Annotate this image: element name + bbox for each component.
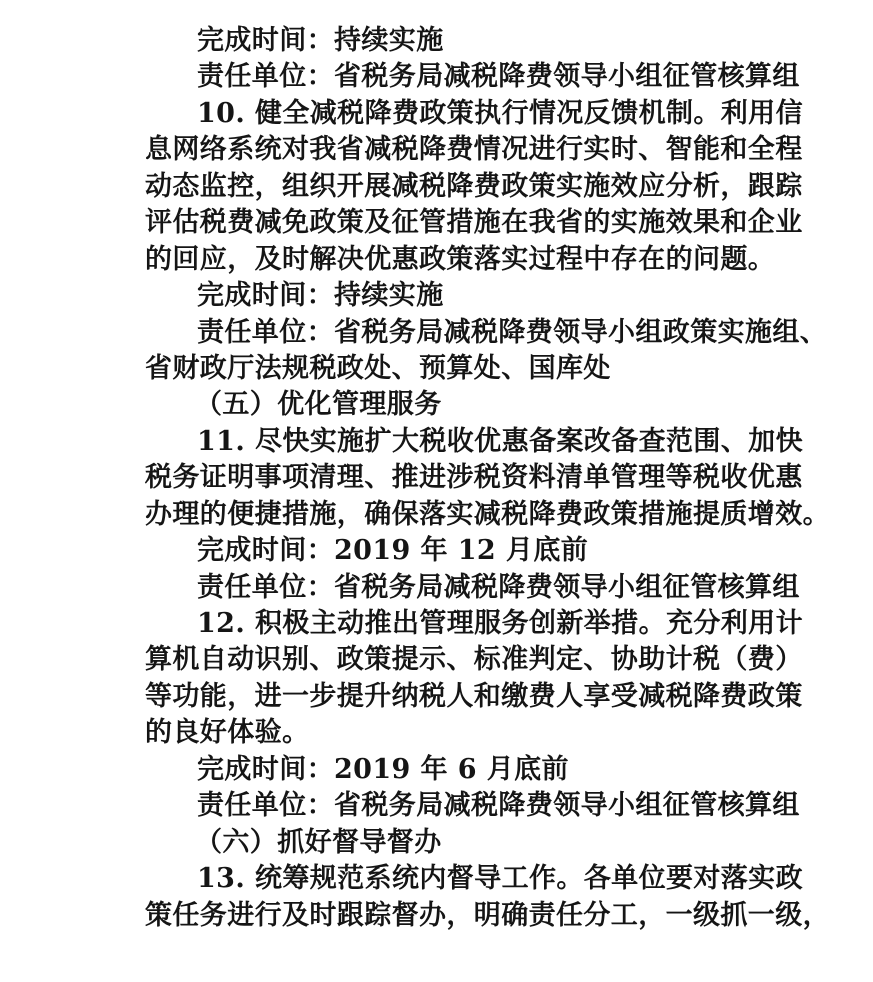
paragraph-item-10: 10. 健全减税降费政策执行情况反馈机制。利用信 息网络系统对我省减税降费情况进… (145, 96, 735, 278)
text-line: 完成时间：持续实施 (145, 278, 735, 314)
text-line: 责任单位：省税务局减税降费领导小组政策实施组、 (145, 315, 735, 351)
paragraph-item-13: 13. 统筹规范系统内督导工作。各单位要对落实政 策任务进行及时跟踪督办，明确责… (145, 861, 735, 934)
text-line: 责任单位：省税务局减税降费领导小组征管核算组 (145, 570, 735, 606)
text-line: 责任单位：省税务局减税降费领导小组征管核算组 (145, 788, 735, 824)
text-line: 等功能，进一步提升纳税人和缴费人享受减税降费政策 (145, 679, 735, 715)
text-line: 10. 健全减税降费政策执行情况反馈机制。利用信 (145, 96, 735, 132)
text-line: 算机自动识别、政策提示、标准判定、协助计税（费） (145, 642, 735, 678)
text-line: 13. 统筹规范系统内督导工作。各单位要对落实政 (145, 861, 735, 897)
text-line: 省财政厅法规税政处、预算处、国库处 (145, 351, 735, 387)
completion-time: 完成时间：2019 年 6 月底前 (145, 752, 735, 788)
heading-line: （六）抓好督导督办 (145, 825, 735, 861)
text-line: 策任务进行及时跟踪督办，明确责任分工，一级抓一级， (145, 898, 735, 934)
text-line: 完成时间：持续实施 (145, 23, 735, 59)
completion-time: 完成时间：持续实施 (145, 23, 735, 59)
text-line: 办理的便捷措施，确保落实减税降费政策措施提质增效。 (145, 497, 735, 533)
responsible-unit: 责任单位：省税务局减税降费领导小组政策实施组、 省财政厅法规税政处、预算处、国库… (145, 315, 735, 388)
completion-time: 完成时间：持续实施 (145, 278, 735, 314)
text-line: 完成时间：2019 年 12 月底前 (145, 533, 735, 569)
text-line: 税务证明事项清理、推进涉税资料清单管理等税收优惠 (145, 460, 735, 496)
heading-line: （五）优化管理服务 (145, 387, 735, 423)
paragraph-item-11: 11. 尽快实施扩大税收优惠备案改备查范围、加快 税务证明事项清理、推进涉税资料… (145, 424, 735, 533)
responsible-unit: 责任单位：省税务局减税降费领导小组征管核算组 (145, 59, 735, 95)
text-line: 12. 积极主动推出管理服务创新举措。充分利用计 (145, 606, 735, 642)
text-line: 责任单位：省税务局减税降费领导小组征管核算组 (145, 59, 735, 95)
text-line: 的回应，及时解决优惠政策落实过程中存在的问题。 (145, 242, 735, 278)
text-line: 完成时间：2019 年 6 月底前 (145, 752, 735, 788)
responsible-unit: 责任单位：省税务局减税降费领导小组征管核算组 (145, 570, 735, 606)
text-line: 动态监控，组织开展减税降费政策实施效应分析，跟踪 (145, 169, 735, 205)
section-heading-5: （五）优化管理服务 (145, 387, 735, 423)
text-line: 的良好体验。 (145, 715, 735, 751)
text-line: 11. 尽快实施扩大税收优惠备案改备查范围、加快 (145, 424, 735, 460)
responsible-unit: 责任单位：省税务局减税降费领导小组征管核算组 (145, 788, 735, 824)
completion-time: 完成时间：2019 年 12 月底前 (145, 533, 735, 569)
text-line: 息网络系统对我省减税降费情况进行实时、智能和全程 (145, 132, 735, 168)
text-line: 评估税费减免政策及征管措施在我省的实施效果和企业 (145, 205, 735, 241)
document-page: 完成时间：持续实施 责任单位：省税务局减税降费领导小组征管核算组 10. 健全减… (145, 23, 735, 934)
section-heading-6: （六）抓好督导督办 (145, 825, 735, 861)
paragraph-item-12: 12. 积极主动推出管理服务创新举措。充分利用计 算机自动识别、政策提示、标准判… (145, 606, 735, 752)
